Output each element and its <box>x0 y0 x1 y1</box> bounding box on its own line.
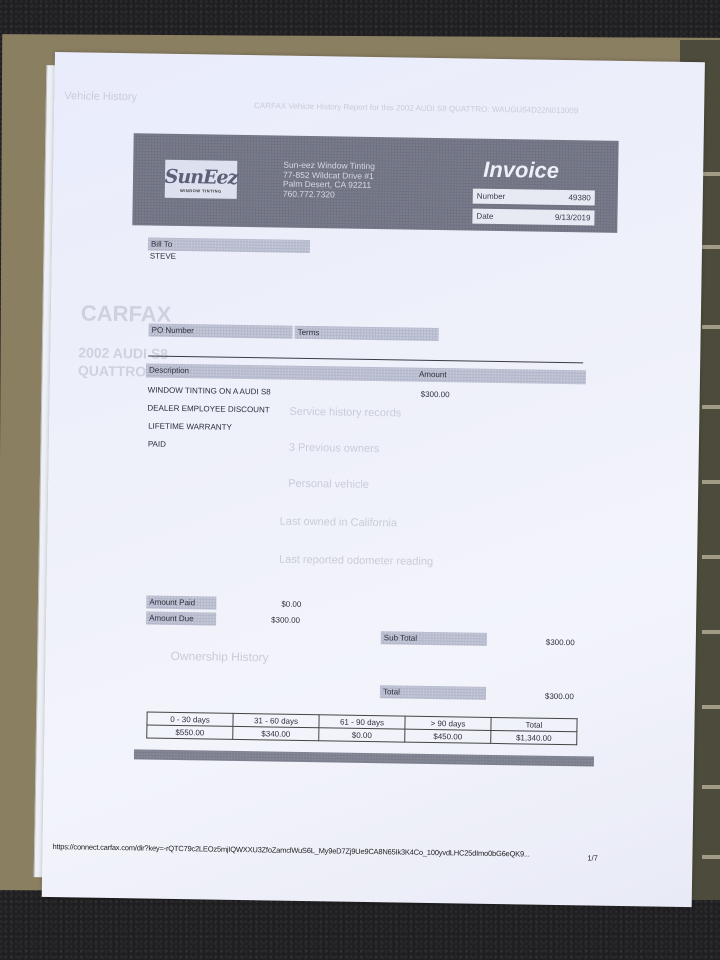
page-number: 1/7 <box>587 853 598 862</box>
total-value: $300.00 <box>545 692 574 701</box>
divider <box>148 356 583 364</box>
ghost-text: Last reported odometer reading <box>279 554 433 568</box>
line-items-header: Description Amount <box>146 363 586 384</box>
company-address: Sun-eez Window Tinting 77-852 Wildcat Dr… <box>283 161 375 200</box>
po-number-label: PO Number <box>149 324 293 339</box>
terms-label: Terms <box>295 326 439 341</box>
invoice-sheet: Vehicle History CARFAX Vehicle History R… <box>42 52 705 907</box>
ghost-text: QUATTRO <box>78 362 146 379</box>
aging-table: 0 - 30 days 31 - 60 days 61 - 90 days > … <box>146 712 577 746</box>
invoice-date: Date 9/13/2019 <box>472 209 594 226</box>
print-url: https://connect.carfax.com/dir?key=-rQTC… <box>52 842 529 858</box>
subtotal-label: Sub Total <box>381 631 487 646</box>
ghost-text: Vehicle History <box>64 90 137 103</box>
ghost-text: Service history records <box>289 406 401 420</box>
ghost-text: 2002 AUDI S8 <box>78 344 168 361</box>
invoice-title: Invoice <box>483 157 559 184</box>
company-logo: SunEez WINDOW TINTING <box>165 160 238 199</box>
bill-to-name: STEVE <box>150 252 176 261</box>
amount-paid-label: Amount Paid <box>146 596 216 610</box>
ghost-text: CARFAX Vehicle History Report for this 2… <box>254 101 578 115</box>
invoice: SunEez WINDOW TINTING Sun-eez Window Tin… <box>132 133 618 233</box>
ghost-text: 3 Previous owners <box>289 442 380 455</box>
total-label: Total <box>380 685 486 700</box>
amount-paid-value: $0.00 <box>281 600 301 609</box>
ghost-text: Ownership History <box>170 649 268 665</box>
invoice-number: Number 49380 <box>473 189 595 206</box>
invoice-header: SunEez WINDOW TINTING Sun-eez Window Tin… <box>132 133 618 233</box>
amount-due-value: $300.00 <box>271 615 300 624</box>
bill-to-label: Bill To <box>148 237 310 253</box>
ghost-text: Personal vehicle <box>288 478 369 491</box>
subtotal-value: $300.00 <box>546 638 575 647</box>
ghost-text: Last owned in California <box>280 516 398 530</box>
invoice-footer-bar <box>134 749 594 766</box>
amount-due-label: Amount Due <box>146 612 216 626</box>
